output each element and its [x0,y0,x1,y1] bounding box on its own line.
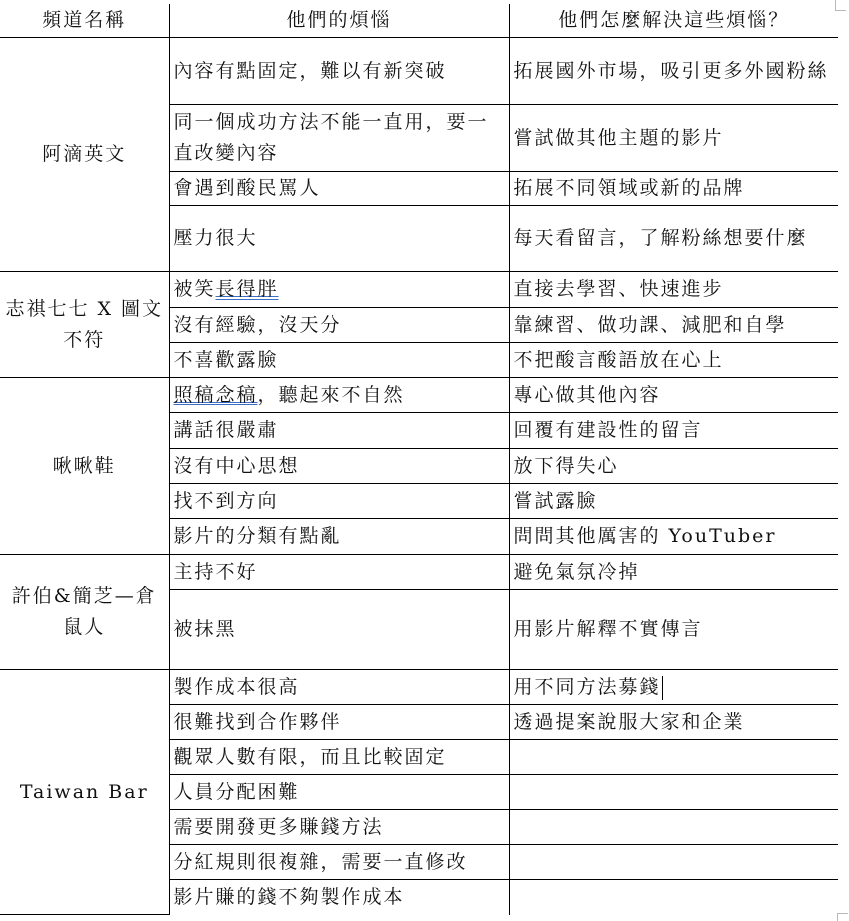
text-cursor [662,676,663,700]
table-row: 志祺七七 X 圖文不符 被笑長得胖 直接去學習、快速進步 [0,272,838,308]
solution-cell[interactable]: 回覆有建設性的留言 [509,413,838,449]
problem-cell[interactable]: 找不到方向 [169,484,509,519]
solution-cell[interactable]: 拓展不同領域或新的品牌 [509,172,838,206]
problem-cell[interactable]: 照稿念稿，聽起來不自然 [169,378,509,413]
table-row: 許伯&簡芝—倉鼠人 主持不好 避免氣氛冷掉 [0,555,838,590]
table-row: 阿滴英文 內容有點固定，難以有新突破 拓展國外市場，吸引更多外國粉絲 [0,38,838,105]
solution-cell[interactable]: 專心做其他內容 [509,378,838,413]
page-corner-mark-bottom [837,913,848,921]
solution-cell[interactable]: 拓展國外市場，吸引更多外國粉絲 [509,38,838,105]
channel-cell[interactable]: 許伯&簡芝—倉鼠人 [0,555,169,670]
problem-cell[interactable]: 講話很嚴肅 [169,413,509,449]
table-row: 啾啾鞋 照稿念稿，聽起來不自然 專心做其他內容 [0,378,838,413]
problem-cell[interactable]: 沒有經驗，沒天分 [169,308,509,343]
problem-cell[interactable]: 主持不好 [169,555,509,590]
problem-cell[interactable]: 人員分配困難 [169,775,509,810]
solution-cell[interactable]: 避免氣氛冷掉 [509,555,838,590]
problem-cell[interactable]: 需要開發更多賺錢方法 [169,810,509,845]
solution-cell[interactable]: 嘗試做其他主題的影片 [509,105,838,172]
header-solutions[interactable]: 他們怎麼解決這些煩惱？ [509,4,838,38]
problem-text: ，聽起來不自然 [258,384,405,406]
solution-cell[interactable]: 問問其他厲害的 YouTuber [509,519,838,555]
problem-cell[interactable]: 會遇到酸民罵人 [169,172,509,206]
problem-cell[interactable]: 影片的分類有點亂 [169,519,509,555]
problem-cell[interactable]: 影片賺的錢不夠製作成本 [169,880,509,915]
problem-cell[interactable]: 被笑長得胖 [169,272,509,308]
problem-cell[interactable]: 製作成本很高 [169,670,509,705]
problem-cell[interactable]: 沒有中心思想 [169,449,509,484]
solution-cell[interactable] [509,810,838,845]
grammar-flagged-text[interactable]: 長得胖 [216,278,279,300]
solution-cell[interactable] [509,740,838,775]
solution-cell[interactable] [509,845,838,880]
header-row: 頻道名稱 他們的煩惱 他們怎麼解決這些煩惱？ [0,4,838,38]
solution-cell[interactable]: 直接去學習、快速進步 [509,272,838,308]
solution-cell[interactable]: 嘗試露臉 [509,484,838,519]
channel-cell[interactable]: Taiwan Bar [0,670,169,915]
problem-cell[interactable]: 內容有點固定，難以有新突破 [169,38,509,105]
solution-cell[interactable]: 透過提案說服大家和企業 [509,705,838,740]
solution-cell[interactable]: 靠練習、做功課、減肥和自學 [509,308,838,343]
problem-cell[interactable]: 同一個成功方法不能一直用，要一直改變內容 [169,105,509,172]
problem-text: 被笑 [174,278,216,300]
problem-cell[interactable]: 不喜歡露臉 [169,343,509,378]
channel-cell[interactable]: 阿滴英文 [0,38,169,272]
header-problems[interactable]: 他們的煩惱 [169,4,509,38]
solution-cell[interactable] [509,880,838,915]
solution-cell[interactable]: 不把酸言酸語放在心上 [509,343,838,378]
problem-cell[interactable]: 壓力很大 [169,206,509,272]
problem-cell[interactable]: 很難找到合作夥伴 [169,705,509,740]
solution-cell[interactable]: 用不同方法募錢 [509,670,838,705]
youtuber-problems-table: 頻道名稱 他們的煩惱 他們怎麼解決這些煩惱？ 阿滴英文 內容有點固定，難以有新突… [0,4,838,915]
channel-cell[interactable]: 志祺七七 X 圖文不符 [0,272,169,378]
header-channel-name[interactable]: 頻道名稱 [0,4,169,38]
solution-text: 用不同方法募錢 [514,676,661,698]
problem-cell[interactable]: 觀眾人數有限，而且比較固定 [169,740,509,775]
solution-cell[interactable]: 放下得失心 [509,449,838,484]
grammar-flagged-text[interactable]: 照稿念稿 [174,384,258,406]
problem-cell[interactable]: 分紅規則很複雜，需要一直修改 [169,845,509,880]
problem-cell[interactable]: 被抹黑 [169,590,509,670]
table-row: Taiwan Bar 製作成本很高 用不同方法募錢 [0,670,838,705]
solution-cell[interactable] [509,775,838,810]
solution-cell[interactable]: 用影片解釋不實傳言 [509,590,838,670]
solution-cell[interactable]: 每天看留言，了解粉絲想要什麼 [509,206,838,272]
channel-cell[interactable]: 啾啾鞋 [0,378,169,555]
